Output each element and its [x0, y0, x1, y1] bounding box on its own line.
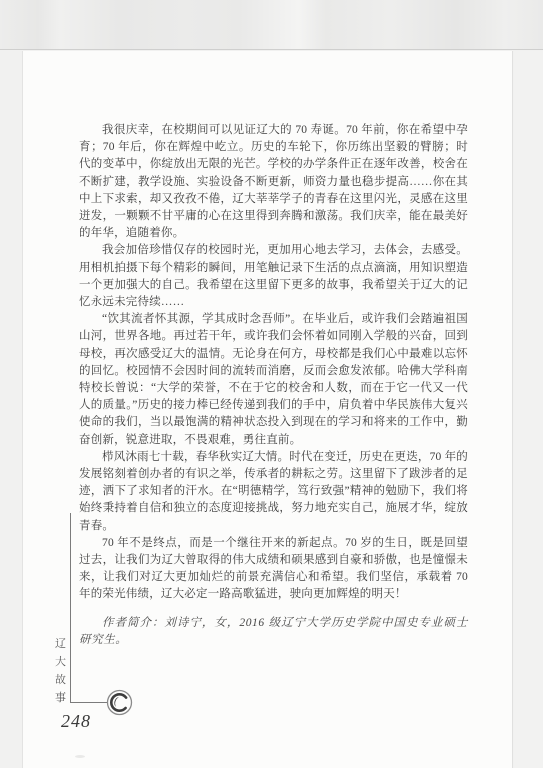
scan-smudge — [75, 755, 85, 758]
sidebar-char: 大 — [52, 653, 69, 671]
paragraph-1: 我很庆幸，在校期间可以见证辽大的 70 寿诞。70 年前，你在希望中孕育；70 … — [79, 122, 468, 242]
paragraph-3: “饮其流者怀其源，学其成时念吾师”。在毕业后，或许我们会踏遍祖国山河，世界各地。… — [79, 311, 468, 449]
sidebar-char: 故 — [52, 671, 69, 689]
crescent-circle-seal-icon — [106, 689, 133, 716]
scanned-book-page: { "content": { "paragraphs": [ "我很庆幸，在校期… — [0, 0, 543, 768]
sidebar-char: 事 — [52, 689, 69, 707]
sidebar-vertical-title: 辽 大 故 事 — [52, 635, 69, 707]
paragraph-2: 我会加倍珍惜仅存的校园时光，更加用心地去学习，去体会，去感受。用相机拍摄下每个精… — [79, 242, 468, 311]
sidebar-char: 辽 — [52, 635, 69, 653]
paragraph-5: 70 年不是终点，而是一个继往开来的新起点。70 岁的生日，既是回望过去，让我们… — [79, 535, 468, 604]
author-bio-note: 作者简介：刘诗宁，女，2016 级辽宁大学历史学院中国史专业硕士研究生。 — [79, 615, 468, 649]
scan-margin-left — [0, 51, 22, 768]
footer-rule-horizontal — [70, 702, 110, 703]
scan-margin-right — [514, 51, 543, 768]
scanner-edge-strip — [0, 0, 543, 50]
footer-rule-vertical — [70, 513, 71, 703]
book-page: 我很庆幸，在校期间可以见证辽大的 70 寿诞。70 年前，你在希望中孕育；70 … — [22, 51, 513, 768]
page-number: 248 — [61, 711, 91, 732]
paragraph-4: 栉风沐雨七十载，春华秋实辽大情。时代在变迁，历史在更迭，70 年的发展铭刻着创办… — [79, 449, 468, 535]
body-text: 我很庆幸，在校期间可以见证辽大的 70 寿诞。70 年前，你在希望中孕育；70 … — [79, 122, 468, 649]
